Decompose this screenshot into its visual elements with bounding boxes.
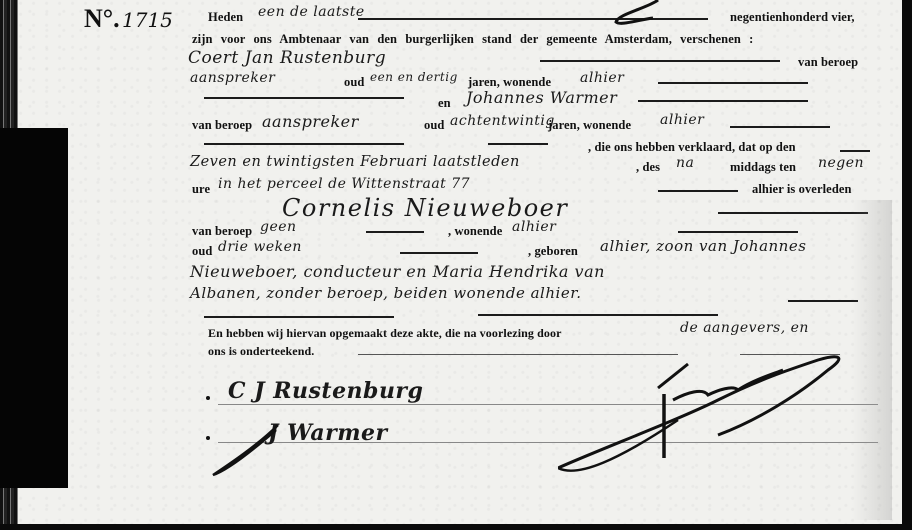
hand-hour: negen [818,155,864,171]
signature-official [558,340,878,510]
printed-year: negentienhonderd vier, [730,10,855,25]
hand-time-of-day: na [676,155,694,171]
hand-occupation-deceased: geen [260,219,297,235]
signature-flourish [208,420,288,480]
hand-age2: achtentwintig [450,113,555,129]
hand-place: in het perceel de Wittenstraat 77 [218,176,470,192]
printed-ure: ure [192,182,210,197]
printed-van-beroep: van beroep [798,55,858,70]
fill-line [204,316,394,318]
printed-middags-ten: middags ten [730,160,796,175]
fill-line [730,126,830,128]
fill-line [204,97,404,99]
printed-closing-2: ons is onderteekend. [208,344,314,359]
hand-occupation1: aanspreker [190,70,275,86]
scan-shadow [852,200,892,520]
act-number: 1715 [122,8,173,32]
fill-line [840,150,870,152]
hand-residence-deceased: alhier [512,219,556,235]
printed-van-beroep-3: van beroep [192,224,252,239]
fill-line [718,212,868,214]
printed-closing-1: En hebben wij hiervan opgemaakt deze akt… [208,326,562,341]
printed-overleden: alhier is overleden [752,182,852,197]
printed-appeared: zijn voor ons Ambtenaar van den burgerli… [192,32,753,47]
fill-line [658,82,808,84]
hand-age1: een en dertig [370,70,458,84]
scan-bottom-edge [0,524,912,530]
fill-line [488,143,548,145]
bullet-dot [206,396,210,400]
hand-day: een de laatste [258,4,365,20]
hand-residence2: alhier [660,112,704,128]
printed-geboren: , geboren [528,244,578,259]
printed-en: en [438,96,451,111]
hand-residence1: alhier [580,70,624,86]
scan-right-edge [902,0,912,530]
fill-line [478,314,718,316]
printed-declared: , die ons hebben verklaard, dat op den [588,140,796,155]
ink-stroke [608,0,668,26]
fill-line [788,300,858,302]
fill-line [204,143,404,145]
signature-witness1: C J Rustenburg [228,378,423,404]
hand-age-deceased: drie weken [218,239,302,255]
fill-line [678,231,798,233]
printed-jaren-wonende-2: jaren, wonende [548,118,631,133]
hand-parents-c: Albanen, zonder beroep, beiden wonende a… [190,284,581,302]
printed-oud-2: oud [424,118,444,133]
fill-line [638,100,808,102]
hand-declarants: de aangevers, en [680,320,809,336]
hand-parents-a: alhier, zoon van Johannes [600,237,806,255]
hand-parents-b: Nieuweboer, conducteur en Maria Hendrika… [190,262,605,281]
printed-wonende: , wonende [448,224,502,239]
fill-line [540,60,780,62]
fill-line [366,231,424,233]
binding-tab [0,128,68,488]
document-page: N°. 1715 Heden een de laatste negentienh… [18,0,902,524]
printed-oud-3: oud [192,244,212,259]
hand-occupation2: aanspreker [262,112,359,131]
printed-van-beroep-2: van beroep [192,118,252,133]
hand-witness2: Johannes Warmer [466,88,617,107]
printed-des: , des [636,160,660,175]
act-number-label: N°. [84,4,120,34]
hand-date: Zeven en twintigsten Februari laatstlede… [190,154,520,170]
hand-deceased-name: Cornelis Nieuweboer [282,194,568,222]
printed-oud: oud [344,75,364,90]
fill-line [658,190,738,192]
printed-heden: Heden [208,10,243,25]
fill-line [400,252,478,254]
hand-witness1: Coert Jan Rustenburg [188,48,386,68]
